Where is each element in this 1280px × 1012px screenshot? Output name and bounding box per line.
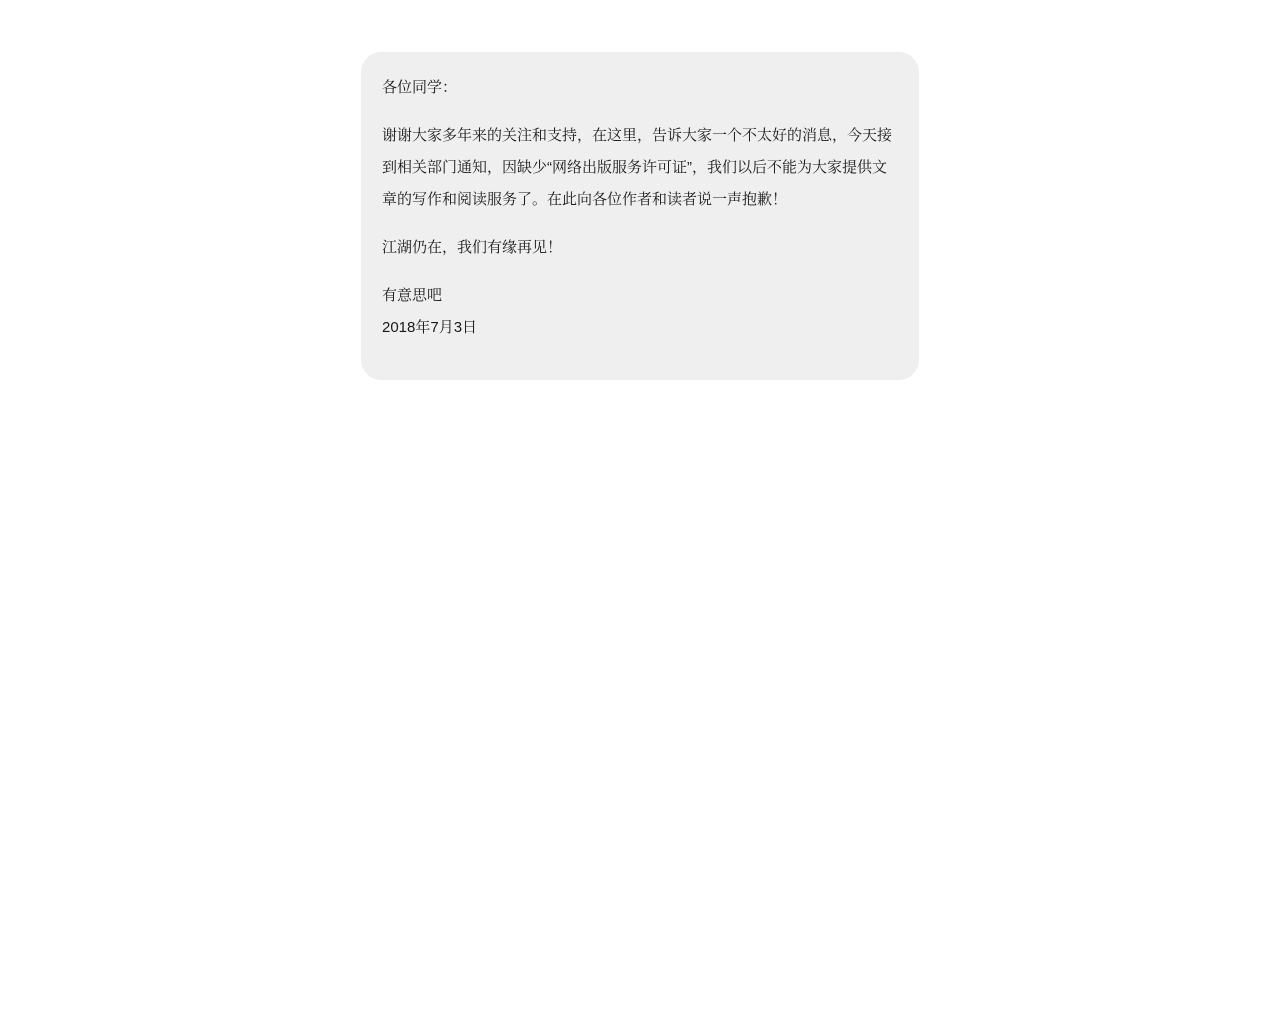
notice-date: 2018年7月3日	[382, 312, 898, 344]
notice-salutation: 各位同学：	[382, 72, 898, 104]
notice-signature: 有意思吧	[382, 280, 898, 312]
notice-farewell: 江湖仍在，我们有缘再见！	[382, 232, 898, 264]
notice-card: 各位同学： 谢谢大家多年来的关注和支持，在这里，告诉大家一个不太好的消息，今天接…	[361, 52, 919, 380]
notice-body: 谢谢大家多年来的关注和支持，在这里，告诉大家一个不太好的消息，今天接到相关部门通…	[382, 120, 898, 216]
